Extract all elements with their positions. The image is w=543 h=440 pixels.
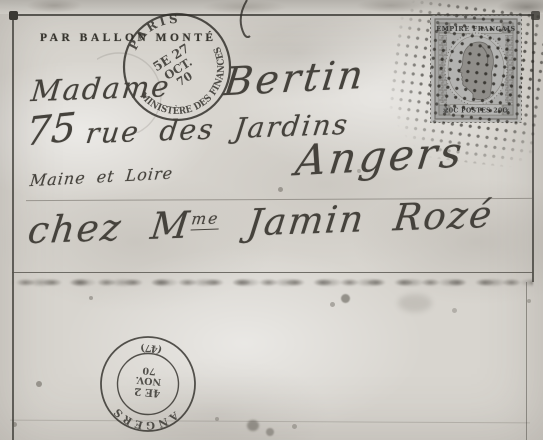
- angers-arrival-datestamp: ANGERS (47) 4E 2 NOV. 70: [93, 329, 203, 439]
- stain-spot: [278, 187, 283, 192]
- fold-line: [12, 272, 533, 273]
- stain-spot: [89, 296, 93, 300]
- stain-spot: [452, 308, 457, 313]
- stain-spot: [36, 381, 42, 387]
- address-recipient-title: Madame: [29, 69, 172, 108]
- care-of-superscript: me: [190, 209, 220, 230]
- stain-smudge: [398, 294, 432, 312]
- address-city: Angers: [293, 127, 468, 185]
- stain-spot: [247, 420, 259, 431]
- stain-spot: [330, 302, 335, 307]
- stain-spot: [266, 428, 274, 436]
- care-of-prefix: chez M: [26, 203, 194, 252]
- address-recipient-name: Bertin: [221, 53, 368, 106]
- care-of-rest: Jamin Rozé: [216, 193, 496, 246]
- address-department: Maine et Loire: [29, 163, 174, 190]
- stain-spot: [292, 424, 297, 429]
- crease-line-right: [526, 282, 527, 440]
- svg-text:ANGERS: ANGERS: [109, 403, 182, 435]
- stain-spot: [527, 299, 531, 303]
- address-house-number: 75: [25, 105, 78, 156]
- arrival-year: 70: [142, 364, 157, 376]
- address-care-of: chez Mme Jamin Rozé: [26, 193, 496, 252]
- frame-line-left: [12, 14, 14, 440]
- envelope-photo: PAR BALLON MONTÉ PARIS MINISTÈRE DES FIN…: [0, 0, 543, 440]
- ink-smudge-band: [12, 276, 533, 289]
- stain-spot: [341, 294, 350, 303]
- stain-spot: [215, 417, 219, 421]
- arrival-ring-top: ANGERS: [109, 403, 182, 435]
- crease-line-bottom: [10, 420, 530, 424]
- stain-spot: [12, 422, 17, 427]
